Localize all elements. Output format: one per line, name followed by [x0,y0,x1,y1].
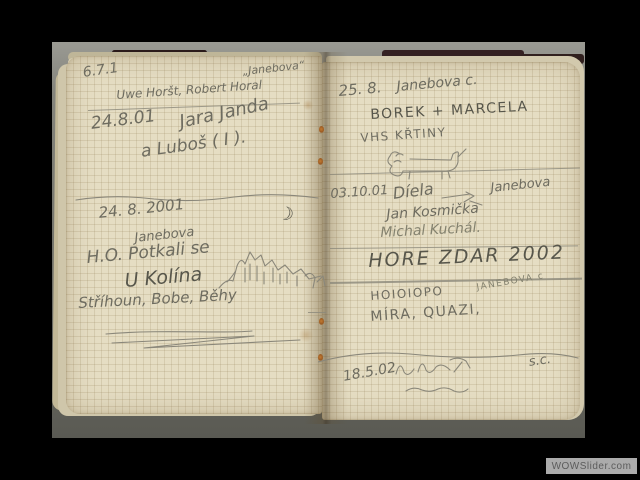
signature-scribble [392,354,474,382]
pencil-dash [308,312,326,313]
age-stain [302,100,314,110]
slide-photo-notebook[interactable]: 6.7.1 „Janebova“ Uwe Horšt, Robert Horal… [52,42,585,438]
watermark-link[interactable]: WOWSlider.com [546,458,637,474]
entry-sc: s.c. [528,353,552,369]
staple-rust-dot [319,126,324,133]
entry-date-25-8: 25. 8. [338,80,382,99]
staple-rust-dot [319,318,324,325]
entry-date-03-10-01: 03.10.01 [330,184,389,201]
small-signature-scribble [404,384,470,396]
slideshow-stage: 6.7.1 „Janebova“ Uwe Horšt, Robert Horal… [0,0,640,480]
dog-sketch [384,146,484,182]
staple-rust-dot [318,158,323,165]
strike-scribble [102,326,308,354]
